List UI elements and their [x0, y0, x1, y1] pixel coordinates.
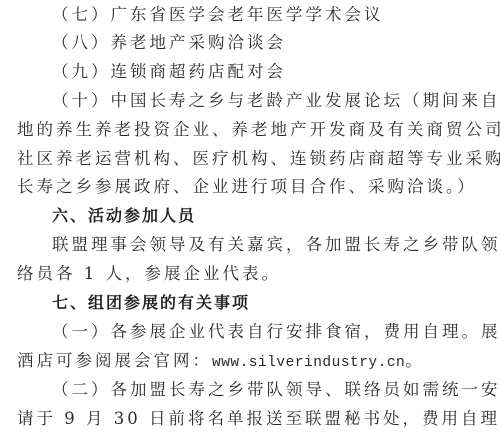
website-url: www.silverindustry.cn — [212, 355, 405, 371]
list-item-10: （十）中国长寿之乡与老龄产业发展论坛（期间来自全国各 — [52, 86, 483, 115]
paragraph-line: 地的养生养老投资企业、养老地产开发商及有关商贸公司、集团、 — [17, 115, 483, 144]
paragraph-line: 联盟理事会领导及有关嘉宾，各加盟长寿之乡带队领导及联 — [52, 230, 483, 259]
section-heading-participants: 六、活动参加人员 — [52, 201, 483, 230]
list-item-2: （二）各加盟长寿之乡带队领导、联络员如需统一安排食宿， — [52, 375, 483, 404]
paragraph-line: 社区养老运营机构、医疗机构、连锁药店商超等专业采购商将与 — [17, 144, 483, 173]
list-item-8: （八）养老地产采购洽谈会 — [52, 28, 483, 57]
paragraph-line: 请于 9 月 30 日前将名单报送至联盟秘书处，费用自理。 — [17, 404, 483, 433]
paragraph-line: 长寿之乡参展政府、企业进行项目合作、采购洽谈。） — [17, 172, 483, 201]
url-suffix-text: 。 — [405, 351, 425, 370]
list-item-9: （九）连锁商超药店配对会 — [52, 57, 483, 86]
paragraph-line: 络员各 1 人，参展企业代表。 — [17, 259, 483, 288]
list-item-7: （七）广东省医学会老年医学学术会议 — [52, 0, 483, 29]
list-item-1: （一）各参展企业代表自行安排食宿，费用自理。展会推荐 — [52, 317, 483, 346]
document-page: （七）广东省医学会老年医学学术会议 （八）养老地产采购洽谈会 （九）连锁商超药店… — [0, 0, 500, 441]
paragraph-line-with-url: 酒店可参阅展会官网：www.silverindustry.cn。 — [17, 346, 483, 375]
section-heading-group-matters: 七、组团参展的有关事项 — [52, 288, 483, 317]
url-prefix-text: 酒店可参阅展会官网： — [17, 351, 212, 370]
